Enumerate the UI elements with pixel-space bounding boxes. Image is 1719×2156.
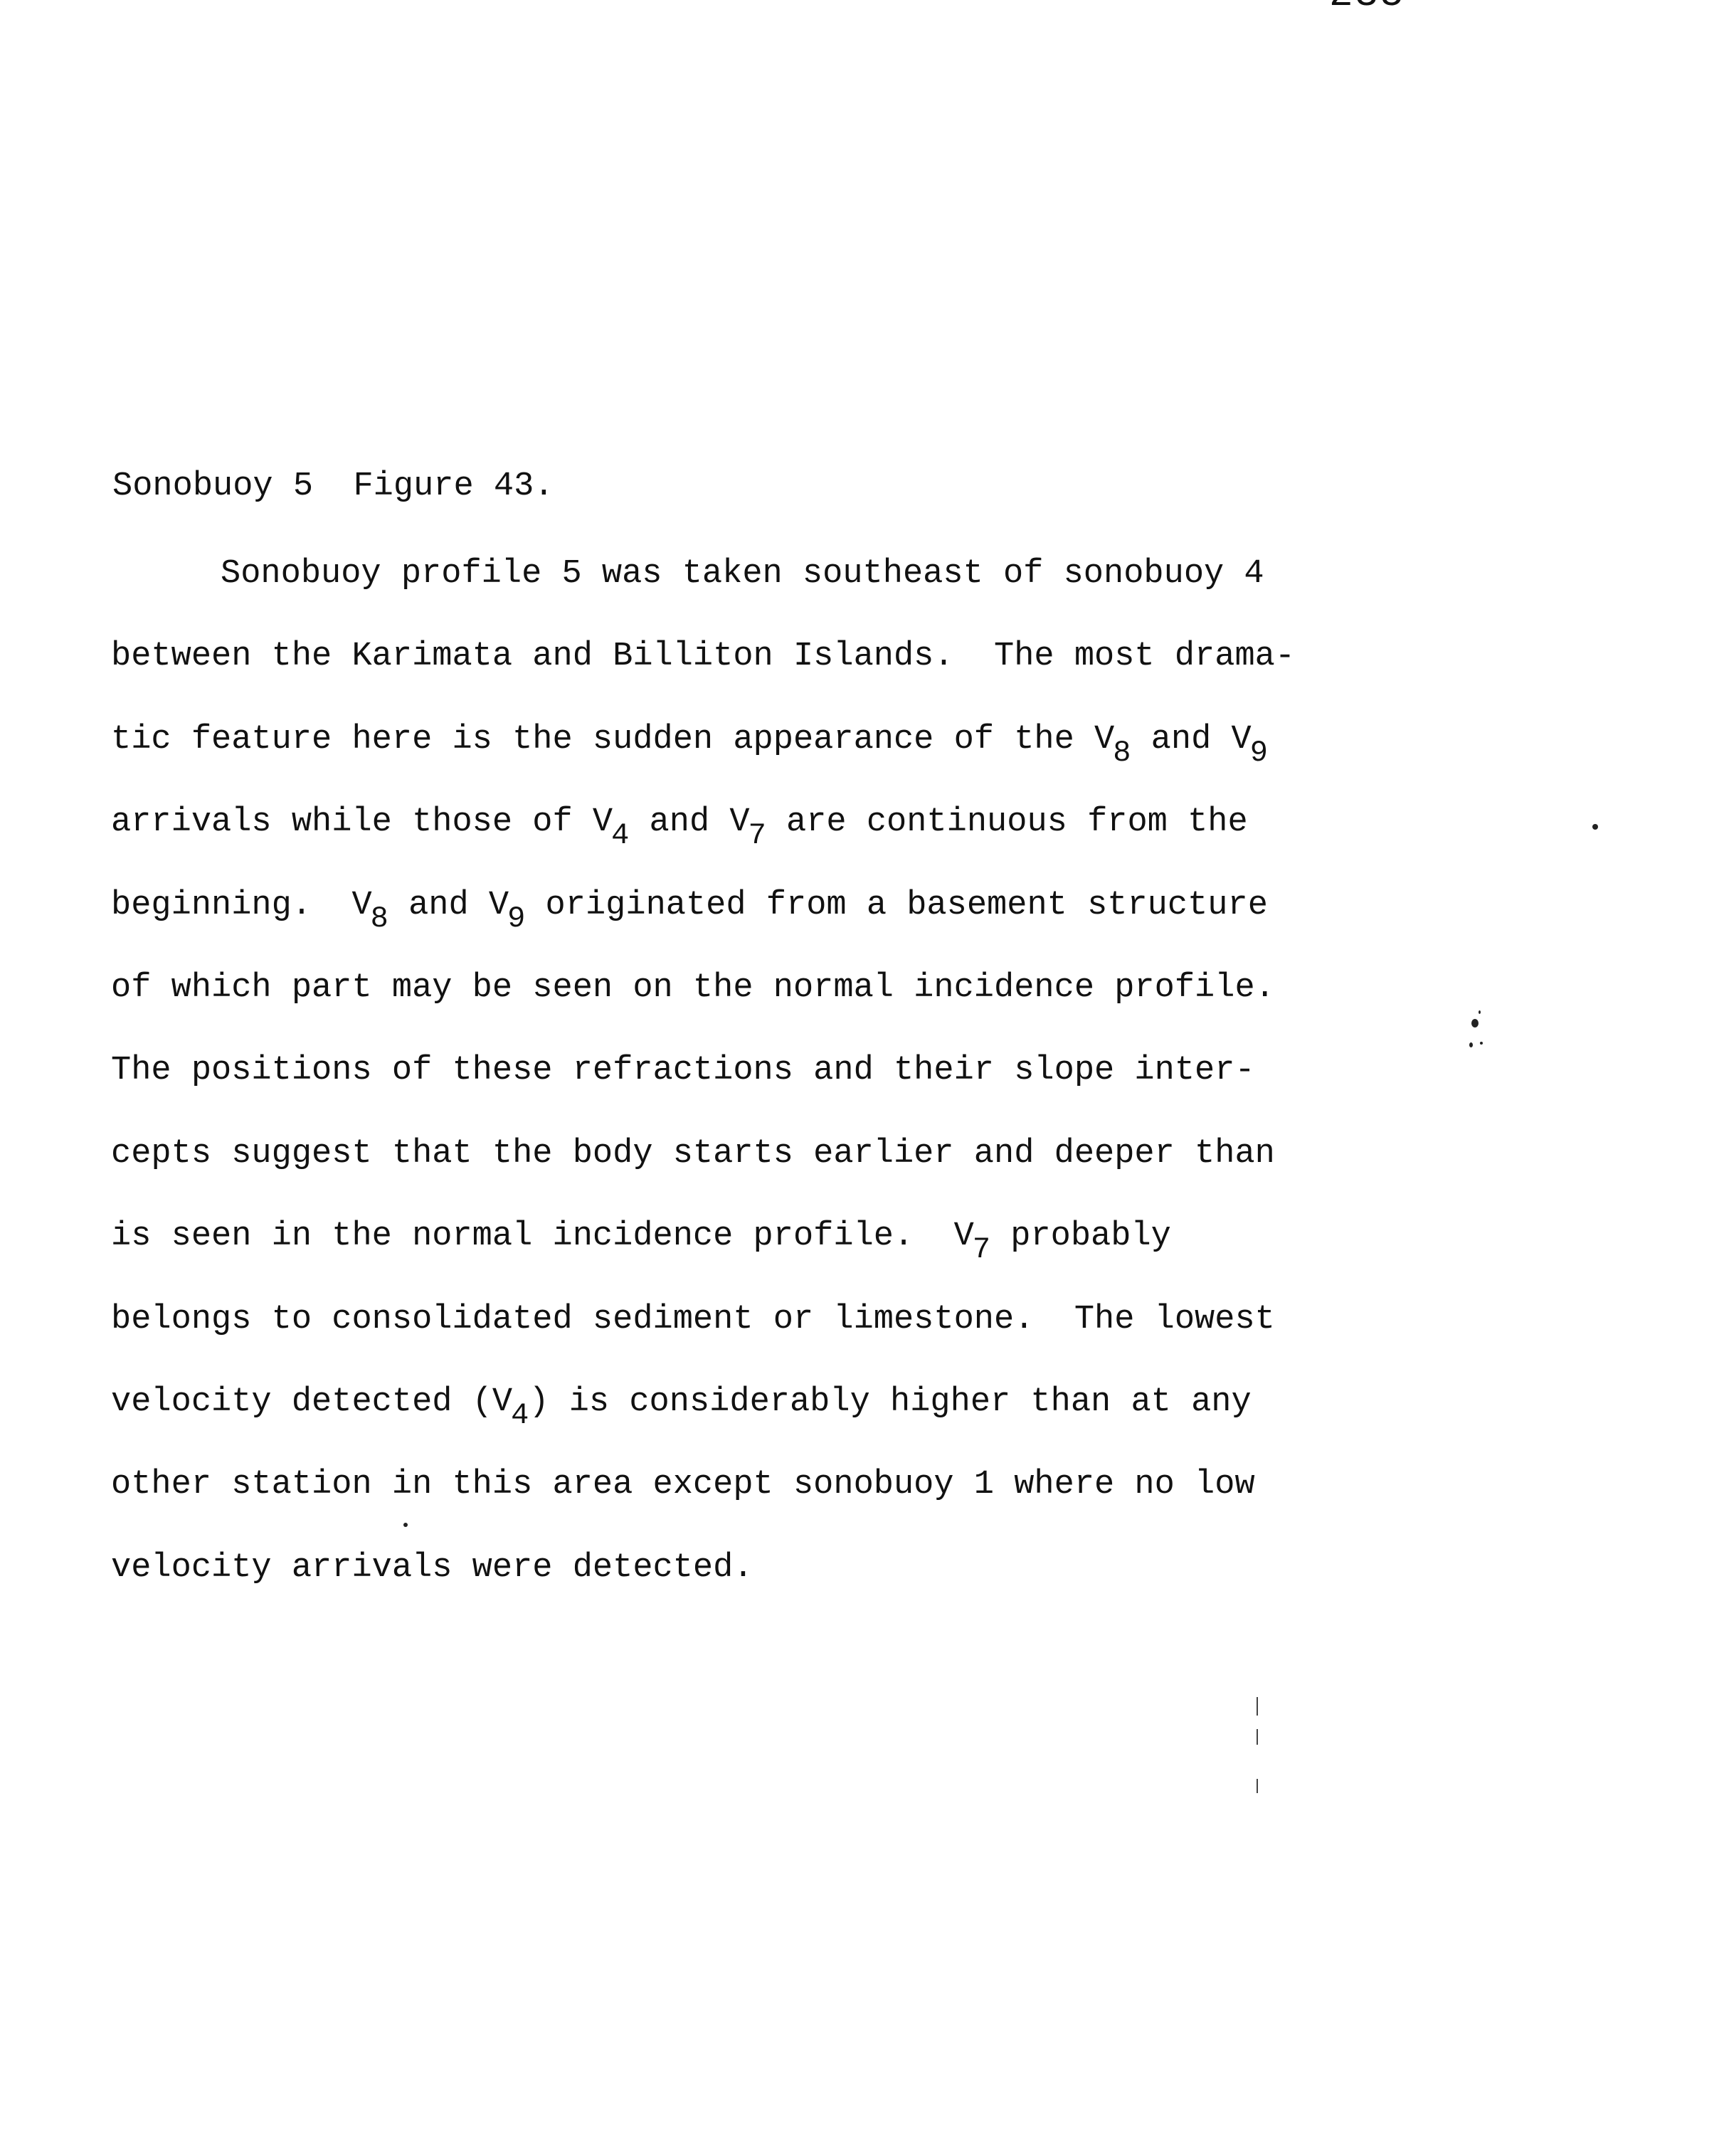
scan-mark — [1257, 1729, 1258, 1745]
section-heading: Sonobuoy 5 Figure 43. — [112, 470, 554, 503]
text-line: beginning. V8 and V9 originated from a b… — [111, 885, 1295, 968]
body-paragraph: Sonobuoy profile 5 was taken southeast o… — [111, 554, 1295, 1630]
text-line: velocity arrivals were detected. — [111, 1548, 1295, 1630]
velocity-subscript: 8 — [371, 902, 388, 936]
page-number: 235 — [1329, 0, 1405, 14]
text-line: arrivals while those of V4 and V7 are co… — [111, 802, 1295, 884]
text-run: velocity detected (V — [111, 1383, 512, 1421]
text-run: and V — [1131, 721, 1251, 759]
text-run: originated from a basement structure — [525, 887, 1268, 924]
scan-speck — [403, 1523, 408, 1527]
text-run: ) is considerably higher than at any — [529, 1383, 1251, 1421]
velocity-subscript: 7 — [749, 818, 766, 852]
text-run: are continuous from the — [766, 803, 1248, 841]
text-run: velocity arrivals were detected. — [111, 1549, 753, 1587]
text-line: belongs to consolidated sediment or lime… — [111, 1299, 1295, 1382]
text-line: is seen in the normal incidence profile.… — [111, 1216, 1295, 1299]
scan-speck — [1471, 1019, 1479, 1027]
text-run: is seen in the normal incidence profile.… — [111, 1217, 974, 1255]
text-line: of which part may be seen on the normal … — [111, 968, 1295, 1050]
velocity-subscript: 9 — [507, 902, 525, 936]
text-run: Sonobuoy profile 5 was taken southeast o… — [221, 555, 1264, 593]
velocity-subscript: 8 — [1113, 736, 1131, 770]
scan-speck — [1479, 1010, 1481, 1014]
scan-speck — [1480, 1042, 1483, 1045]
text-run: between the Karimata and Billiton Island… — [111, 638, 1295, 675]
text-line: tic feature here is the sudden appearanc… — [111, 719, 1295, 802]
text-run: belongs to consolidated sediment or lime… — [111, 1301, 1275, 1338]
velocity-subscript: 9 — [1250, 736, 1268, 770]
text-line: cepts suggest that the body starts earli… — [111, 1134, 1295, 1216]
text-run: tic feature here is the sudden appearanc… — [111, 721, 1114, 759]
text-run: and V — [388, 887, 509, 924]
text-line: other station in this area except sonobu… — [111, 1464, 1295, 1547]
scan-mark — [1257, 1697, 1258, 1716]
text-run: The positions of these refractions and t… — [111, 1052, 1255, 1089]
text-run: probably — [990, 1217, 1171, 1255]
scan-speck — [1469, 1042, 1473, 1047]
scan-mark — [1257, 1779, 1258, 1793]
text-line: Sonobuoy profile 5 was taken southeast o… — [111, 554, 1295, 636]
text-run: cepts suggest that the body starts earli… — [111, 1135, 1275, 1173]
text-line: The positions of these refractions and t… — [111, 1050, 1295, 1133]
document-page: 235 Sonobuoy 5 Figure 43. Sonobuoy profi… — [0, 0, 1719, 2156]
velocity-subscript: 7 — [973, 1232, 990, 1267]
text-run: arrivals while those of V — [111, 803, 613, 841]
text-run: and V — [629, 803, 749, 841]
velocity-subscript: 4 — [511, 1398, 529, 1432]
text-run: other station in this area except sonobu… — [111, 1466, 1255, 1504]
velocity-subscript: 4 — [611, 818, 629, 852]
text-run: of which part may be seen on the normal … — [111, 969, 1275, 1007]
text-line: between the Karimata and Billiton Island… — [111, 636, 1295, 719]
text-run: beginning. V — [111, 887, 372, 924]
scan-speck — [1592, 824, 1598, 830]
text-line: velocity detected (V4) is considerably h… — [111, 1382, 1295, 1464]
